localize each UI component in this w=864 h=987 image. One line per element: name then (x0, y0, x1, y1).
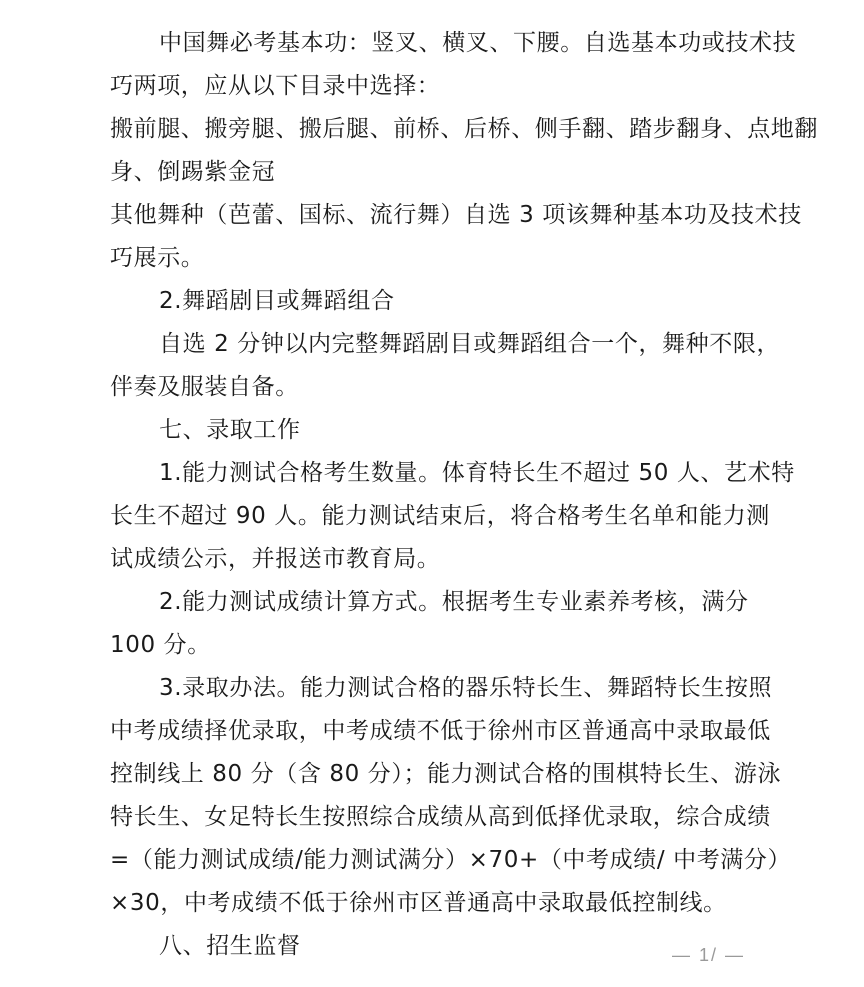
text-line: 自选 2 分钟以内完整舞蹈剧目或舞蹈组合一个，舞种不限， (110, 323, 760, 366)
text-line: 其他舞种（芭蕾、国标、流行舞）自选 3 项该舞种基本功及技术技 (110, 194, 760, 237)
text-line: 伴奏及服装自备。 (110, 366, 760, 409)
document-body: 中国舞必考基本功：竖叉、横叉、下腰。自选基本功或技术技 巧两项，应从以下目录中选… (110, 22, 760, 968)
text-line: 3.录取办法。能力测试合格的器乐特长生、舞蹈特长生按照 (110, 667, 760, 710)
text-line: 长生不超过 90 人。能力测试结束后，将合格考生名单和能力测 (110, 495, 760, 538)
page-indicator: — 1/ — (672, 945, 745, 966)
text-line: 中考成绩择优录取，中考成绩不低于徐州市区普通高中录取最低 (110, 710, 760, 753)
text-line: 中国舞必考基本功：竖叉、横叉、下腰。自选基本功或技术技 (110, 22, 760, 65)
section-heading: 七、录取工作 (110, 409, 760, 452)
text-line: 控制线上 80 分（含 80 分）；能力测试合格的围棋特长生、游泳 (110, 753, 760, 796)
text-line: 巧两项，应从以下目录中选择： (110, 65, 760, 108)
text-line: 搬前腿、搬旁腿、搬后腿、前桥、后桥、侧手翻、踏步翻身、点地翻 (110, 108, 760, 151)
text-line: 特长生、女足特长生按照综合成绩从高到低择优录取，综合成绩 (110, 796, 760, 839)
formula-line: =（能力测试成绩/能力测试满分）×70+（中考成绩/ 中考满分） (110, 839, 760, 882)
text-line: 试成绩公示，并报送市教育局。 (110, 538, 760, 581)
text-line: ×30，中考成绩不低于徐州市区普通高中录取最低控制线。 (110, 882, 760, 925)
text-line: 2.能力测试成绩计算方式。根据考生专业素养考核，满分 (110, 581, 760, 624)
text-line: 巧展示。 (110, 237, 760, 280)
text-line: 100 分。 (110, 624, 760, 667)
section-heading: 八、招生监督 (110, 925, 760, 968)
text-line: 身、倒踢紫金冠 (110, 151, 760, 194)
subsection-heading: 2.舞蹈剧目或舞蹈组合 (110, 280, 760, 323)
text-line: 1.能力测试合格考生数量。体育特长生不超过 50 人、艺术特 (110, 452, 760, 495)
